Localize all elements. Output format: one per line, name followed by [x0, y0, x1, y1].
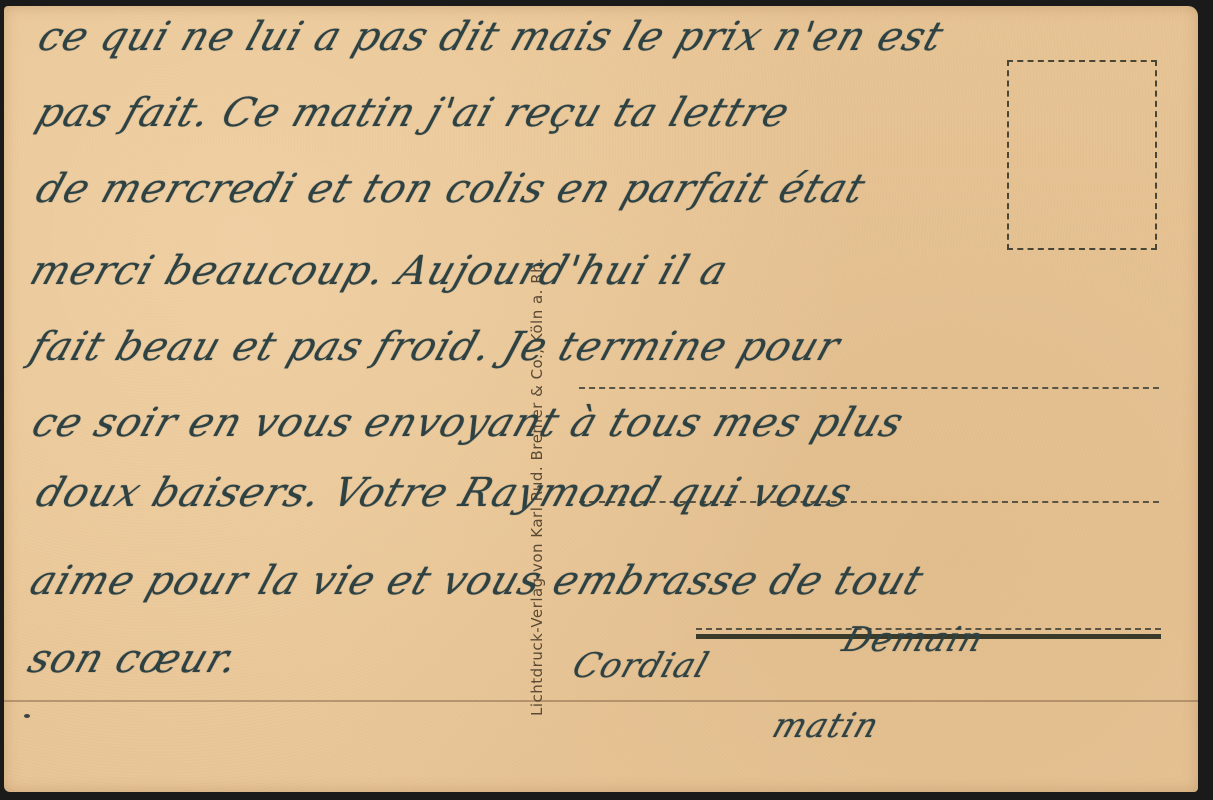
handwriting-line-4: merci beaucoup. Aujourd'hui il a: [25, 248, 735, 294]
signature-right: Demain: [838, 620, 990, 660]
footer-word: matin: [768, 706, 885, 746]
signature-left: Cordial: [568, 646, 715, 686]
ink-speck: [24, 714, 30, 718]
handwriting-line-8: aime pour la vie et vous embrasse de tou…: [25, 558, 930, 604]
handwriting-line-7: doux baisers. Votre Raymond qui vous: [31, 470, 858, 516]
fold-crease: [4, 700, 1198, 702]
postcard: Lichtdruck-Verlag von Karl Rud. Bremer &…: [4, 6, 1198, 792]
handwriting-line-9: son cœur.: [23, 636, 245, 682]
address-line-1: [579, 387, 1159, 389]
handwriting-line-2: pas fait. Ce matin j'ai reçu ta lettre: [31, 90, 796, 136]
handwriting-line-3: de mercredi et ton colis en parfait état: [31, 166, 872, 212]
handwriting-line-6: ce soir en vous envoyant à tous mes plus: [27, 400, 910, 446]
handwriting-line-5: fait beau et pas froid. Je termine pour: [25, 324, 847, 370]
stamp-box: [1007, 60, 1157, 250]
handwriting-line-1: ce qui ne lui a pas dit mais le prix n'e…: [33, 14, 950, 60]
